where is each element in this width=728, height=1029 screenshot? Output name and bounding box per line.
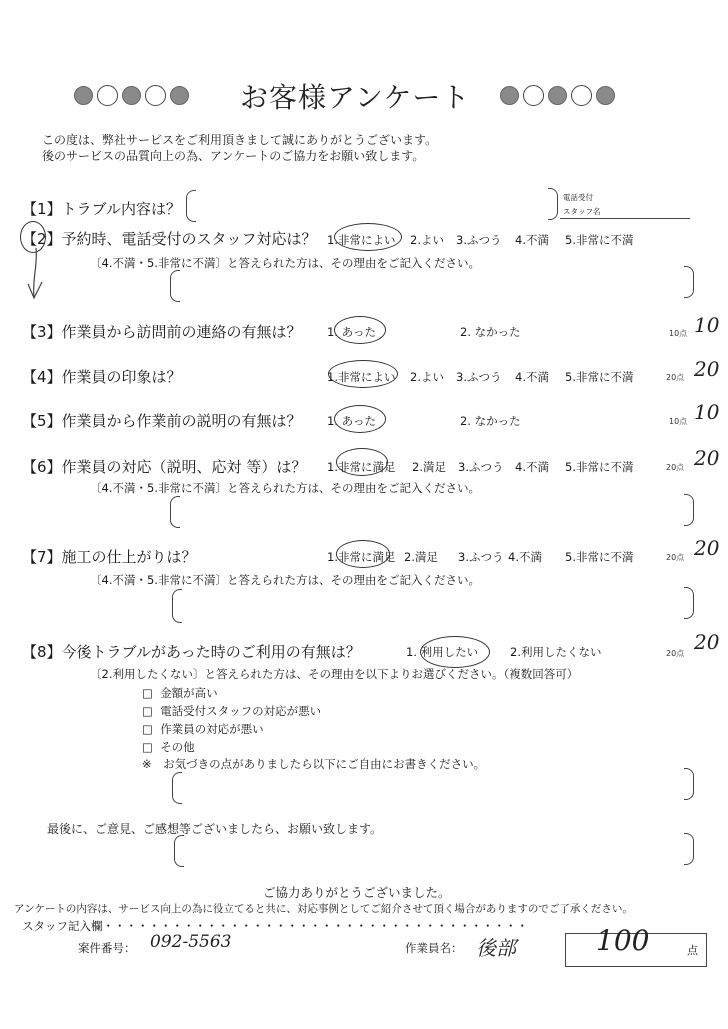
q2-reason-field[interactable] [182,272,682,298]
final-bracket-left [174,835,184,867]
question-4: 【4】作業員の印象は？ [22,366,182,387]
handwritten-arrow-icon [26,246,46,302]
q3-score: 10 [694,313,719,337]
question-7: 【7】施工の仕上がりは？ [22,546,197,567]
q6-reason-prompt: 〔4.不満・5.非常に不満〕と答えられた方は、その理由をご記入ください。 [90,480,480,496]
question-8: 【8】今後トラブルがあった時のご利用の有無は？ [22,641,361,662]
q6-option-2[interactable]: 2.満足 [412,459,446,475]
question-6: 【6】作業員の対応（説明、応対 等）は？ [22,456,306,477]
q8-free-comment-note: ※ お気づきの点がありましたら以下にご自由にお書きください。 [142,756,485,772]
q2-option-4[interactable]: 4.不満 [515,232,549,248]
decorative-dots-left [74,86,189,106]
question-3: 【3】作業員から訪問前の連絡の有無は？ [22,321,302,342]
q8-reason-prompt: 〔2.利用したくない〕と答えられた方は、その理由を以下よりお選びください。（複数… [90,666,578,682]
q8-points: 20点 [666,648,684,659]
selected-circle [334,405,386,433]
q4-points: 20点 [666,372,684,383]
q3-option-2[interactable]: 2. なかった [460,324,521,340]
final-bracket-right [684,833,694,865]
q6-reason-field[interactable] [182,498,682,524]
q7-score: 20 [694,536,719,560]
q7-option-4[interactable]: 4.不満 [508,549,542,565]
case-number-value[interactable]: 092-5563 [150,932,231,952]
phone-staff-label-2: スタッフ名 [563,206,601,217]
q6-bracket-right [684,494,694,526]
worker-name-label: 作業員名： [405,940,463,956]
selected-circle [420,636,490,668]
q4-option-5[interactable]: 5.非常に不満 [565,369,633,385]
question-2: 【2】予約時、電話受付のスタッフ対応は？ [22,228,317,249]
q6-option-3[interactable]: 3.ふつう [458,459,503,475]
checkbox-phone-staff-bad[interactable]: □ 電話受付スタッフの対応が悪い [142,703,321,719]
q7-reason-prompt: 〔4.不満・5.非常に不満〕と答えられた方は、その理由をご記入ください。 [90,572,480,588]
q7-reason-field[interactable] [184,591,682,617]
q7-option-3[interactable]: 3.ふつう [458,549,503,565]
q5-score: 10 [694,400,719,424]
q2-bracket-right [684,266,694,298]
selected-circle [336,540,390,568]
q8-comment-field[interactable] [184,774,682,800]
q2-option-3[interactable]: 3.ふつう [456,232,501,248]
q4-option-4[interactable]: 4.不満 [515,369,549,385]
q6-option-5[interactable]: 5.非常に不満 [565,459,633,475]
q1-bracket-left [186,190,196,222]
worker-name-value[interactable]: 後部 [476,932,516,961]
selected-circle [334,316,386,344]
thanks-message: ご協力ありがとうございました。 [263,883,451,901]
q4-score: 20 [694,357,719,381]
q8-bracket-right [684,768,694,800]
q2-option-5[interactable]: 5.非常に不満 [565,232,633,248]
q2-reason-prompt: 〔4.不満・5.非常に不満〕と答えられた方は、その理由をご記入ください。 [90,255,480,271]
q5-points: 10点 [669,416,687,427]
intro-line-2: 後のサービスの品質向上の為、アンケートのご協力をお願い致します。 [42,147,424,164]
q4-option-2[interactable]: 2.よい [410,369,444,385]
phone-staff-label-1: 電話受付 [563,192,593,203]
staff-section-label: スタッフ記入欄・・・・・・・・・・・・・・・・・・・・・・・・・・・・・・・・・… [22,918,622,934]
case-number-label: 案件番号： [78,940,136,956]
q7-option-5[interactable]: 5.非常に不満 [565,549,633,565]
page-title: お客様アンケート [240,76,470,116]
q3-points: 10点 [669,328,687,339]
q8-bracket-left [172,772,182,804]
question-1: 【1】トラブル内容は？ [22,198,181,219]
q7-bracket-right [684,587,694,619]
q7-option-2[interactable]: 2.満足 [404,549,438,565]
question-5: 【5】作業員から作業前の説明の有無は？ [22,410,302,431]
final-comment-field[interactable] [186,837,682,863]
q6-bracket-left [170,496,180,528]
q7-bracket-left [172,589,182,623]
checkbox-price-high[interactable]: □ 金額が高い [142,685,218,701]
phone-staff-name-line[interactable] [560,218,690,219]
q7-points: 20点 [666,552,684,563]
intro-line-1: この度は、弊社サービスをご利用頂きまして誠にありがとうございます。 [42,131,437,148]
q4-option-3[interactable]: 3.ふつう [456,369,501,385]
disclaimer: アンケートの内容は、サービス向上の為に役立てると共に、対応事例としてご紹介させて… [14,901,633,916]
checkbox-other[interactable]: □ その他 [142,739,195,755]
total-score-value: 100 [596,924,649,957]
selected-circle [336,448,388,476]
checkbox-worker-bad[interactable]: □ 作業員の対応が悪い [142,721,264,737]
decorative-dots-right [500,86,615,106]
selected-circle [334,223,402,251]
q5-option-2[interactable]: 2. なかった [460,413,521,429]
q6-points: 20点 [666,462,684,473]
score-unit: 点 [687,942,698,958]
q2-option-2[interactable]: 2.よい [410,232,444,248]
q8-score: 20 [694,630,719,654]
q2-bracket-left [170,270,180,302]
q6-score: 20 [694,446,719,470]
q1-bracket-right [548,188,558,220]
q8-option-2[interactable]: 2.利用したくない [510,644,601,660]
final-comment-prompt: 最後に、ご意見、ご感想等ございましたら、お願い致します。 [47,820,382,837]
selected-circle [328,360,398,388]
trouble-content-field[interactable] [198,192,543,218]
q6-option-4[interactable]: 4.不満 [515,459,549,475]
